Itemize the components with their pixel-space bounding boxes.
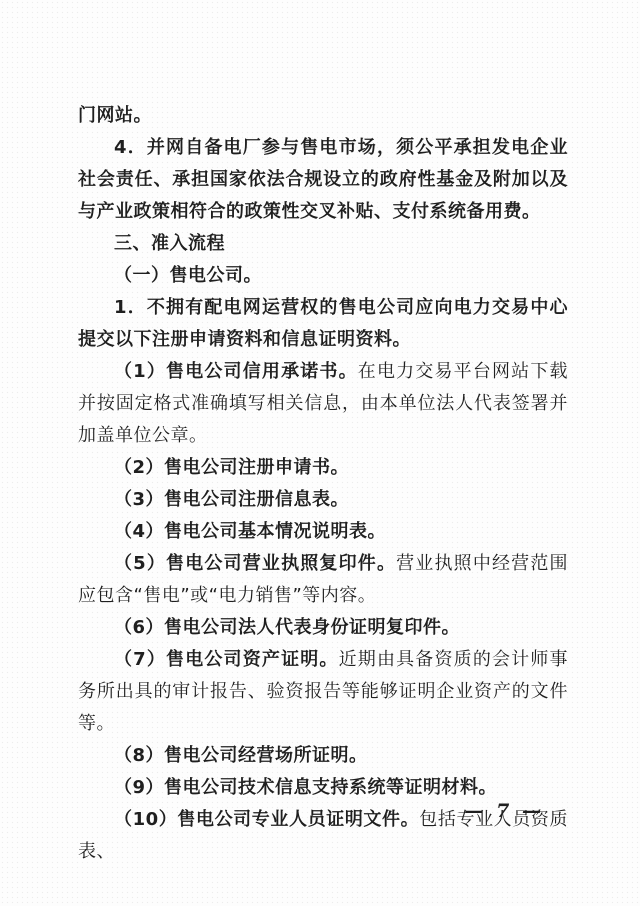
text-segment: （2）售电公司注册申请书。 — [114, 457, 349, 478]
document-page: 门网站。4．并网自备电厂参与售电市场，须公平承担发电企业社会责任、承担国家依法合… — [0, 0, 640, 906]
text-segment: （5）售电公司营业执照复印件。 — [114, 553, 396, 574]
list-item-3: （3）售电公司注册信息表。 — [78, 484, 568, 516]
text-segment: （1）售电公司信用承诺书。 — [114, 361, 358, 382]
list-item-6: （6）售电公司法人代表身份证明复印件。 — [78, 612, 568, 644]
list-item-2: （2）售电公司注册申请书。 — [78, 452, 568, 484]
paragraph-item-4: 4．并网自备电厂参与售电市场，须公平承担发电企业社会责任、承担国家依法合规设立的… — [78, 132, 568, 228]
text-segment: （8）售电公司经营场所证明。 — [114, 745, 368, 766]
text-segment: 1．不拥有配电网运营权的售电公司应向电力交易中心提交以下注册申请资料和信息证明资… — [78, 297, 568, 350]
subsection-heading: （一）售电公司。 — [78, 260, 568, 292]
list-item-5: （5）售电公司营业执照复印件。营业执照中经营范围应包含“售电”或“电力销售”等内… — [78, 548, 568, 612]
text-segment: （10）售电公司专业人员证明文件。 — [114, 809, 419, 830]
list-item-8: （8）售电公司经营场所证明。 — [78, 740, 568, 772]
list-item-1: （1）售电公司信用承诺书。在电力交易平台网站下载并按固定格式准确填写相关信息，由… — [78, 356, 568, 452]
text-segment: 4．并网自备电厂参与售电市场，须公平承担发电企业社会责任、承担国家依法合规设立的… — [78, 137, 568, 222]
text-segment: （7）售电公司资产证明。 — [114, 649, 339, 670]
paragraph-item-1: 1．不拥有配电网运营权的售电公司应向电力交易中心提交以下注册申请资料和信息证明资… — [78, 292, 568, 356]
text-segment: （6）售电公司法人代表身份证明复印件。 — [114, 617, 460, 638]
text-segment: （3）售电公司注册信息表。 — [114, 489, 349, 510]
text-segment: （9）售电公司技术信息支持系统等证明材料。 — [114, 777, 497, 798]
paragraph-continuation: 门网站。 — [78, 100, 568, 132]
text-segment: 门网站。 — [78, 105, 152, 126]
list-item-4: （4）售电公司基本情况说明表。 — [78, 516, 568, 548]
page-number: — 7 — — [465, 800, 544, 822]
document-body: 门网站。4．并网自备电厂参与售电市场，须公平承担发电企业社会责任、承担国家依法合… — [78, 100, 568, 868]
text-segment: （一）售电公司。 — [114, 265, 262, 286]
list-item-7: （7）售电公司资产证明。近期由具备资质的会计师事务所出具的审计报告、验资报告等能… — [78, 644, 568, 740]
section-heading: 三、准入流程 — [78, 228, 568, 260]
text-segment: 三、准入流程 — [114, 233, 225, 254]
text-segment: （4）售电公司基本情况说明表。 — [114, 521, 386, 542]
